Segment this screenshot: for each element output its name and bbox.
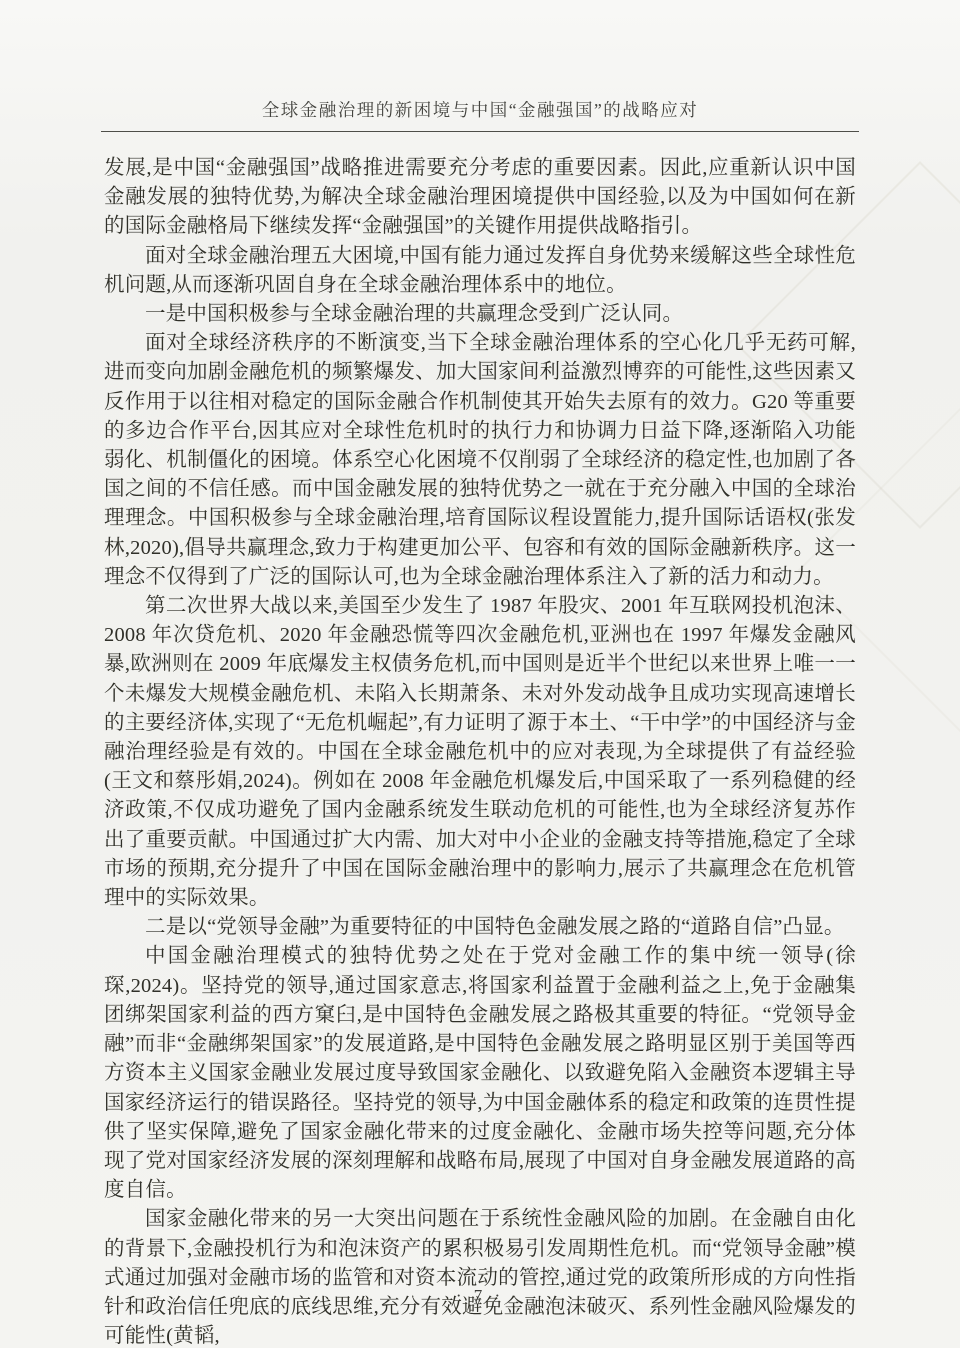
- paragraph: 中国金融治理模式的独特优势之处在于党对金融工作的集中统一领导(徐琛,2024)。…: [104, 942, 856, 1205]
- paragraph: 一是中国积极参与全球金融治理的共赢理念受到广泛认同。: [104, 300, 856, 329]
- paragraph: 第二次世界大战以来,美国至少发生了 1987 年股灾、2001 年互联网投机泡沫…: [104, 592, 856, 913]
- paragraph: 国家金融化带来的另一大突出问题在于系统性金融风险的加剧。在金融自由化的背景下,金…: [104, 1205, 856, 1348]
- paragraph: 二是以“党领导金融”为重要特征的中国特色金融发展之路的“道路自信”凸显。: [104, 913, 856, 942]
- document-page: 全球金融治理的新困境与中国“金融强国”的战略应对 发展,是中国“金融强国”战略推…: [0, 0, 960, 1348]
- article-body: 发展,是中国“金融强国”战略推进需要充分考虑的重要因素。因此,应重新认识中国金融…: [104, 154, 856, 1348]
- page-number: · 7 ·: [0, 1286, 960, 1306]
- paragraph: 面对全球经济秩序的不断演变,当下全球金融治理体系的空心化几乎无药可解,进而变向加…: [104, 329, 856, 592]
- running-header-title: 全球金融治理的新困境与中国“金融强国”的战略应对: [0, 0, 960, 122]
- paragraph: 发展,是中国“金融强国”战略推进需要充分考虑的重要因素。因此,应重新认识中国金融…: [104, 154, 856, 242]
- paragraph: 面对全球金融治理五大困境,中国有能力通过发挥自身优势来缓解这些全球性危机问题,从…: [104, 242, 856, 300]
- header-divider: [101, 131, 859, 132]
